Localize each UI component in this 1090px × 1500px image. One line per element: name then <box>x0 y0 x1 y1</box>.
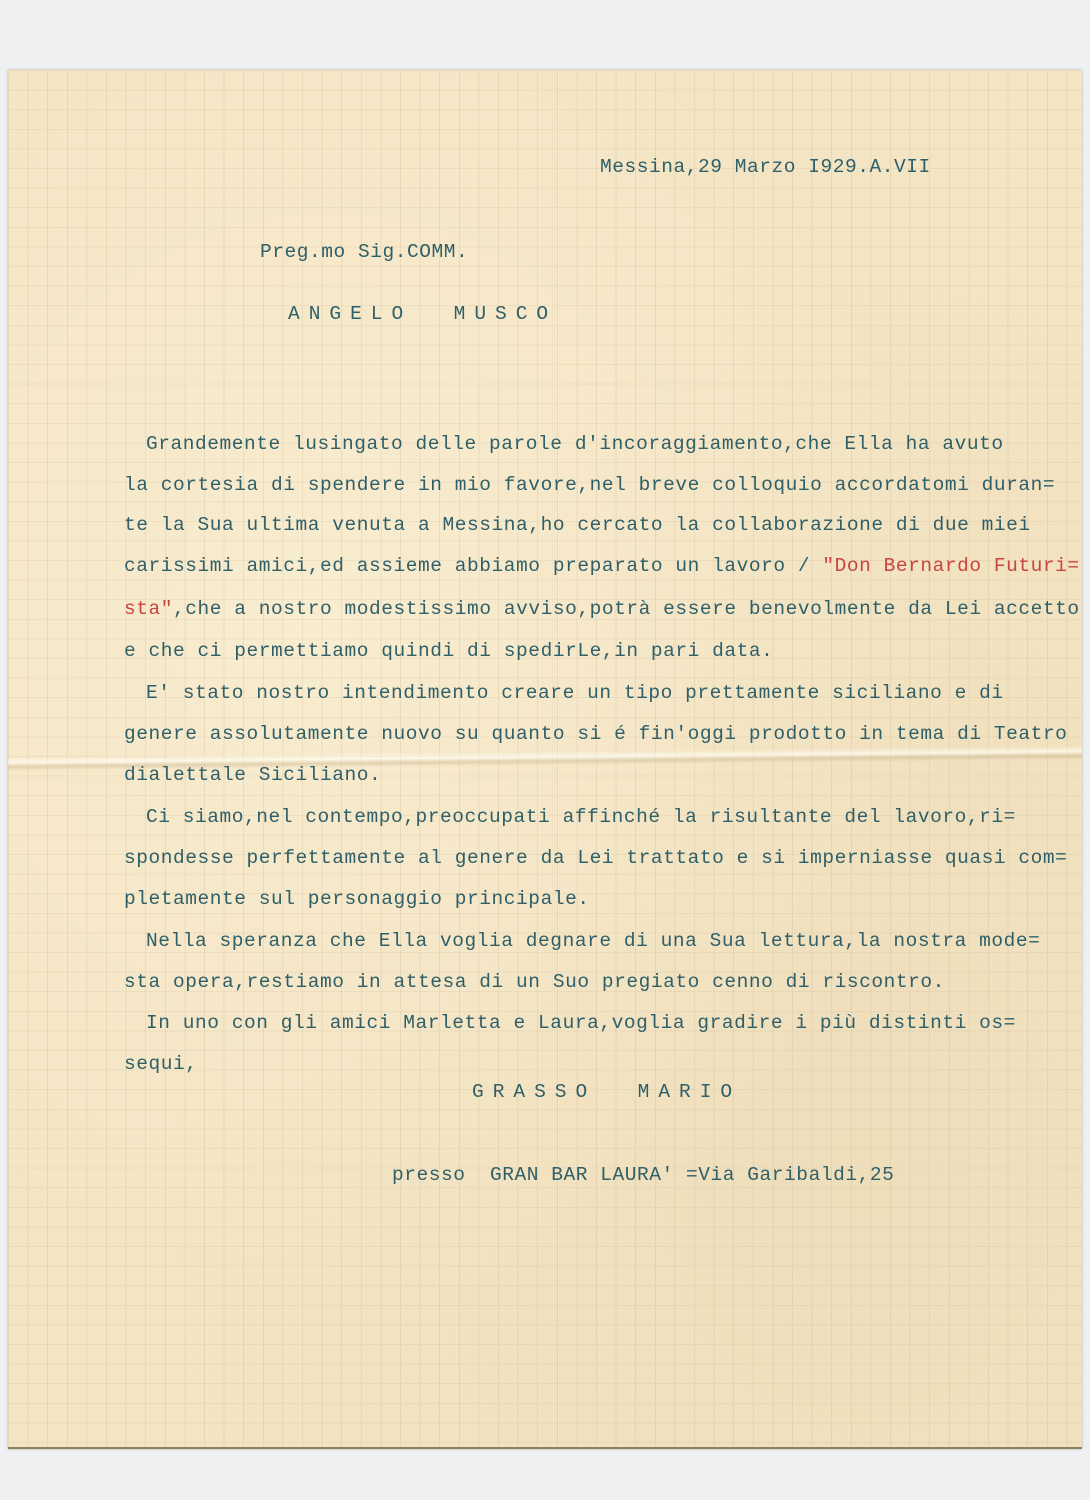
body-line: sta opera,restiamo in attesa di un Suo p… <box>124 973 945 993</box>
body-line: te la Sua ultima venuta a Messina,ho cer… <box>124 516 1031 536</box>
dateline: Messina,29 Marzo I929.A.VII <box>600 158 931 178</box>
recipient-name: ANGELO MUSCO <box>288 305 557 325</box>
body-line: In uno con gli amici Marletta e Laura,vo… <box>146 1014 1016 1034</box>
body-line: E' stato nostro intendimento creare un t… <box>146 684 1004 704</box>
body-text: ,che a nostro modestissimo avviso,potrà … <box>173 598 1080 620</box>
body-line: la cortesia di spendere in mio favore,ne… <box>124 476 1055 496</box>
play-title: "Don Bernardo Futuri= <box>822 555 1079 577</box>
sender-address: presso GRAN BAR LAURA' =Via Garibaldi,25 <box>392 1166 894 1186</box>
body-line: dialettale Siciliano. <box>124 766 381 786</box>
body-line: genere assolutamente nuovo su quanto si … <box>124 725 1067 745</box>
salutation-title: Preg.mo Sig.COMM. <box>260 243 468 263</box>
body-text: carissimi amici,ed assieme abbiamo prepa… <box>124 555 822 577</box>
signature: GRASSO MARIO <box>472 1083 741 1103</box>
body-line: pletamente sul personaggio principale. <box>124 890 590 910</box>
body-line: Grandemente lusingato delle parole d'inc… <box>146 435 1004 455</box>
body-line: Ci siamo,nel contempo,preoccupati affinc… <box>146 808 1016 828</box>
body-line: sta",che a nostro modestissimo avviso,po… <box>124 600 1080 620</box>
body-line: e che ci permettiamo quindi di spedirLe,… <box>124 642 773 662</box>
body-line: spondesse perfettamente al genere da Lei… <box>124 849 1067 869</box>
play-title-end: sta" <box>124 598 173 620</box>
body-line: carissimi amici,ed assieme abbiamo prepa… <box>124 557 1080 577</box>
body-line: sequi, <box>124 1055 198 1075</box>
body-line: Nella speranza che Ella voglia degnare d… <box>146 932 1040 952</box>
